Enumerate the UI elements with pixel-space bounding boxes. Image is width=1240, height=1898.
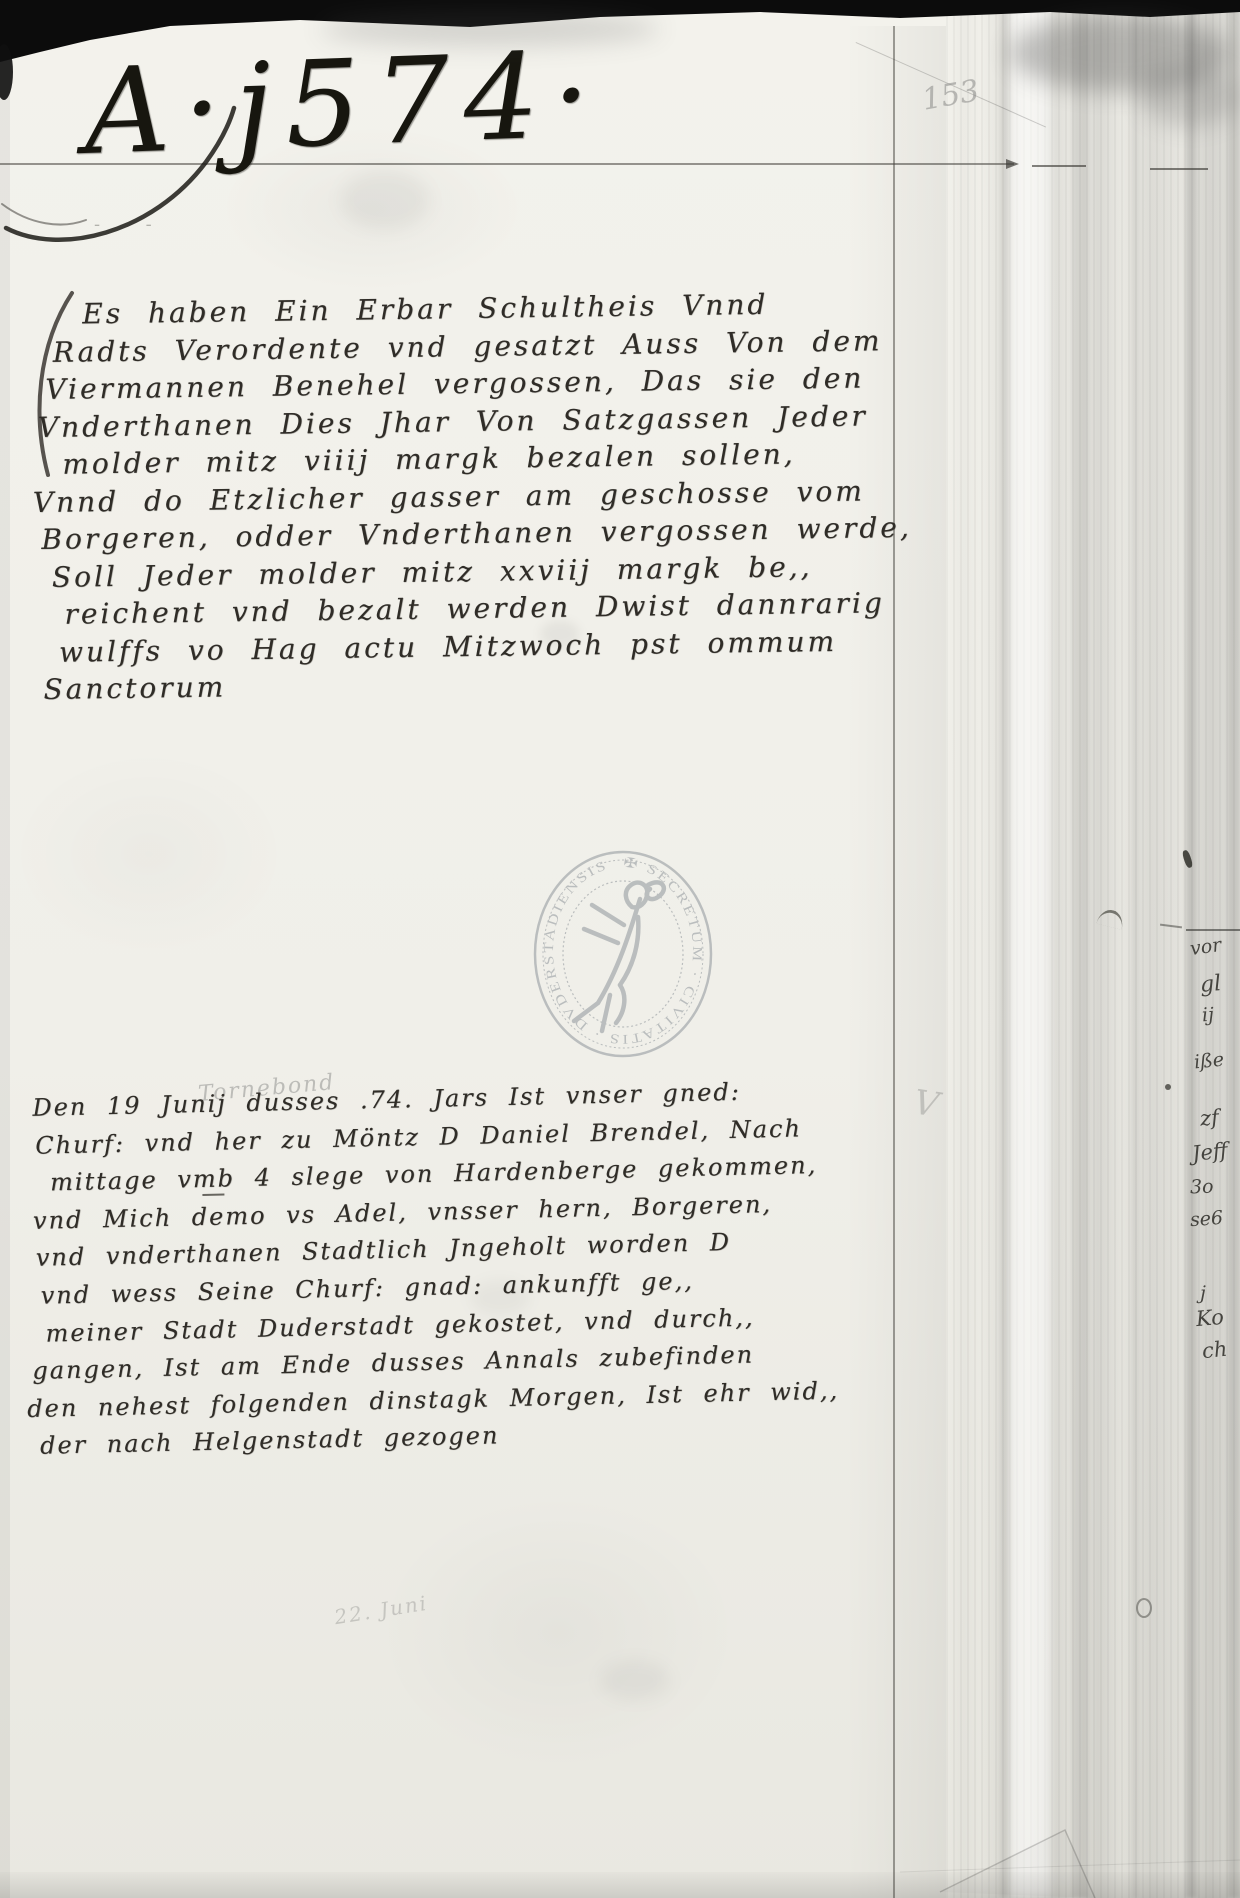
margin-fragment: Ko	[1195, 1305, 1225, 1331]
ink-speck	[1165, 1084, 1171, 1090]
heading-underline-marks: - - -	[94, 214, 159, 235]
paragraph-1: Es haben Ein Erbar Schultheis Vnnd Radts…	[40, 284, 914, 709]
margin-fragment: iße	[1193, 1048, 1225, 1073]
margin-fragment: se6	[1189, 1207, 1224, 1231]
fore-edge-highlight	[1010, 0, 1050, 1898]
fore-edge-streak	[1072, 0, 1088, 1898]
margin-fragment: ij	[1201, 1004, 1214, 1027]
margin-fragment: j	[1200, 1282, 1206, 1304]
scan-smudge	[1140, 66, 1240, 126]
margin-fragment: ch	[1201, 1337, 1229, 1364]
ruled-line-dash	[1032, 165, 1086, 167]
ink-curl-mark	[1136, 1598, 1152, 1618]
margin-fragment: 3o	[1190, 1176, 1214, 1199]
fore-edge-streak	[1000, 0, 1010, 1898]
page-corner-fold	[900, 1800, 1240, 1898]
scan-left-edge-shadow	[0, 0, 10, 1898]
paper-stain	[470, 1280, 530, 1316]
margin-mark	[1186, 929, 1240, 931]
paper-stain	[600, 1660, 670, 1700]
ruled-line-arrowhead	[1006, 159, 1019, 169]
seal-lion-icon	[574, 882, 664, 1031]
fore-edge-streak	[1228, 0, 1240, 1898]
paper-stain	[540, 620, 580, 648]
margin-fragment: vor	[1189, 934, 1223, 960]
scan-smudge	[320, 12, 660, 46]
margin-fragment: zf	[1199, 1105, 1220, 1131]
city-seal: ✠ SECRETUM · CIVITATIS · DVDERSTADIENSIS	[528, 845, 718, 1063]
paper-stain	[340, 170, 430, 230]
pencil-annotation-date: 22. Juni	[333, 1591, 430, 1629]
margin-fragment: Jeff	[1191, 1138, 1229, 1166]
manuscript-page: A·j574· - - - 153 Es haben Ein Erbar Sch…	[0, 0, 1240, 1898]
ruled-line-dash	[1150, 168, 1208, 170]
paragraph-2: Den 19 Junij dusses .74. Jars Ist vnser …	[24, 1072, 840, 1466]
margin-fragment: gl	[1199, 971, 1222, 998]
